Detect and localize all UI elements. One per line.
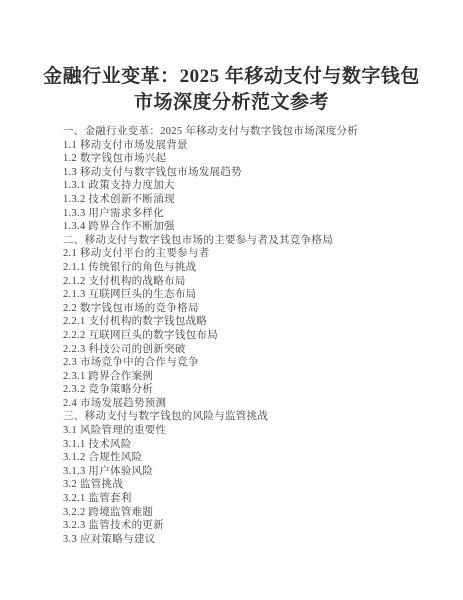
toc-item: 2.2.1 支付机构的数字钱包战略 (63, 315, 443, 329)
toc-item: 3.2.2 跨境监管难题 (63, 506, 443, 520)
toc-item: 3.2.3 监管技术的更新 (63, 519, 443, 533)
toc-item: 2.3.2 竞争策略分析 (63, 383, 443, 397)
toc-item: 二、移动支付与数字钱包市场的主要参与者及其竞争格局 (63, 234, 443, 248)
toc-item: 3.1.3 用户体验风险 (63, 465, 443, 479)
toc-item: 2.4 市场发展趋势预测 (63, 397, 443, 411)
document-title-line-2: 市场深度分析范文参考 (134, 92, 329, 113)
toc-item: 2.3.1 跨界合作案例 (63, 370, 443, 384)
toc-item: 2.1.3 互联网巨头的生态布局 (63, 288, 443, 302)
toc-item: 3.2.1 监管套利 (63, 492, 443, 506)
toc-item: 2.2 数字钱包市场的竞争格局 (63, 302, 443, 316)
document-page: 金融行业变革：2025 年移动支付与数字钱包 市场深度分析范文参考 一、金融行业… (0, 0, 463, 600)
toc-item: 1.3.1 政策支持力度加大 (63, 179, 443, 193)
toc-item: 1.1 移动支付市场发展背景 (63, 139, 443, 153)
toc-item: 1.3.2 技术创新不断涌现 (63, 193, 443, 207)
toc-item: 2.2.2 互联网巨头的数字钱包布局 (63, 329, 443, 343)
toc-item: 一、金融行业变革：2025 年移动支付与数字钱包市场深度分析 (63, 125, 443, 139)
toc-item: 3.1.2 合规性风险 (63, 451, 443, 465)
document-title-line-1: 金融行业变革：2025 年移动支付与数字钱包 (43, 66, 420, 87)
toc-list: 一、金融行业变革：2025 年移动支付与数字钱包市场深度分析1.1 移动支付市场… (63, 125, 443, 546)
document-title: 金融行业变革：2025 年移动支付与数字钱包 市场深度分析范文参考 (0, 64, 463, 116)
toc-item: 1.3.3 用户需求多样化 (63, 207, 443, 221)
toc-item: 2.1.1 传统银行的角色与挑战 (63, 261, 443, 275)
toc-item: 2.1.2 支付机构的战略布局 (63, 275, 443, 289)
toc-item: 1.3 移动支付与数字钱包市场发展趋势 (63, 166, 443, 180)
toc-item: 3.1.1 技术风险 (63, 438, 443, 452)
toc-item: 2.2.3 科技公司的创新突破 (63, 343, 443, 357)
toc-item: 2.3 市场竞争中的合作与竞争 (63, 356, 443, 370)
toc-item: 2.1 移动支付平台的主要参与者 (63, 247, 443, 261)
toc-item: 3.2 监管挑战 (63, 478, 443, 492)
toc-item: 3.1 风险管理的重要性 (63, 424, 443, 438)
toc-item: 三、移动支付与数字钱包的风险与监管挑战 (63, 410, 443, 424)
toc-item: 3.3 应对策略与建议 (63, 533, 443, 547)
toc-item: 1.3.4 跨界合作不断加强 (63, 220, 443, 234)
toc-item: 1.2 数字钱包市场兴起 (63, 152, 443, 166)
